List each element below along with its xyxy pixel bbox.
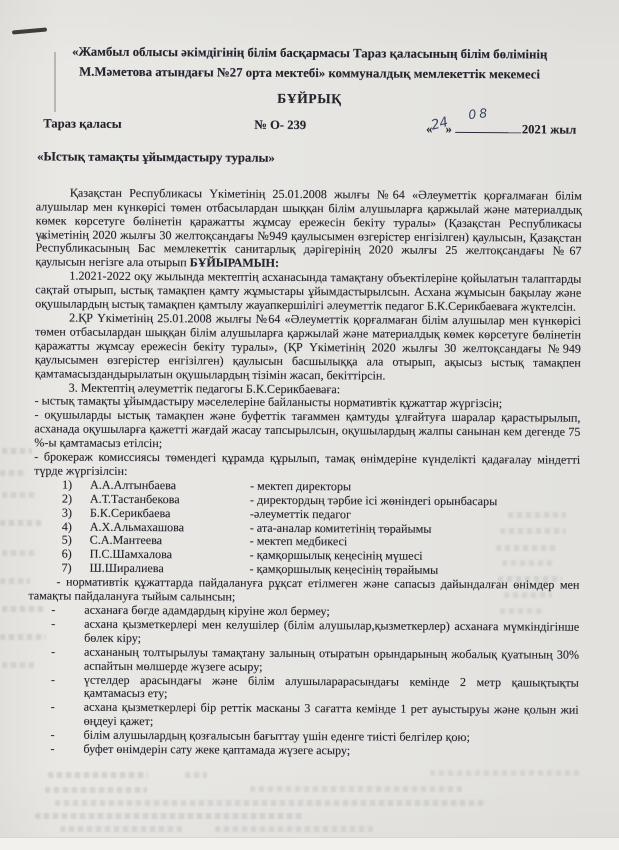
rule-text: асхана қызметкерлері бір реттік масканы … bbox=[84, 701, 579, 732]
organization-name-line1: «Жамбыл облысы әкімдігінің білім басқарм… bbox=[72, 45, 547, 62]
dash-marker: - bbox=[50, 729, 83, 743]
bleedthrough-smudge bbox=[185, 772, 207, 778]
committee-row-number: 1) bbox=[62, 478, 90, 492]
bleedthrough-smudge bbox=[35, 813, 303, 819]
bleedthrough-smudge bbox=[45, 787, 147, 793]
bleedthrough-smudge bbox=[60, 826, 182, 832]
bleedthrough-smudge bbox=[250, 786, 462, 792]
document-body: «Жамбыл облысы әкімдігінің білім басқарм… bbox=[0, 0, 619, 760]
dash-marker: - bbox=[51, 701, 84, 729]
dash-marker: - bbox=[51, 617, 84, 645]
rule-item: - асхана қызметкерлері мен келушілер (бі… bbox=[51, 617, 579, 648]
preamble-text: Қазақстан Республикасы Үкіметінің 25.01.… bbox=[35, 185, 582, 269]
rule-text: буфет өнімдерін сату жеке қаптамада жүзе… bbox=[83, 743, 578, 760]
bleedthrough-smudge bbox=[430, 770, 580, 776]
order-item-2: 2.ҚР Үкіметінің 25.01.2008 жылғы №64 «Әл… bbox=[35, 311, 581, 384]
rule-item: - асхананың толтырылуы тамақтану залының… bbox=[51, 645, 579, 676]
rule-item: - буфет өнімдерін сату жеке қаптамада жү… bbox=[50, 742, 578, 759]
directive-word: БҰЙЫРАМЫН: bbox=[190, 256, 279, 271]
document-meta-row: Тараз қаласы № О- 239 «24»082021 жыл bbox=[36, 117, 582, 136]
dash-marker: - bbox=[51, 673, 84, 701]
dash-marker: - bbox=[50, 742, 83, 756]
organization-name-line2: М.Мәметова атындағы №27 орта мектебі» ко… bbox=[79, 64, 540, 81]
bleedthrough-smudge bbox=[48, 772, 148, 778]
handwritten-month: 08 bbox=[467, 106, 490, 122]
rule-text: асхананың толтырылуы тамақтану залының о… bbox=[84, 645, 579, 676]
committee-row-number: 3) bbox=[62, 506, 90, 520]
dash-marker: - bbox=[51, 603, 84, 617]
dash-marker: - bbox=[51, 645, 84, 673]
issue-city: Тараз қаласы bbox=[43, 117, 121, 131]
committee-row-number: 2) bbox=[62, 492, 90, 506]
bleedthrough-smudge bbox=[55, 800, 487, 806]
scanned-document-page: «Жамбыл облысы әкімдігінің білім басқарм… bbox=[0, 0, 619, 850]
date-blank-line: 08 bbox=[455, 120, 521, 133]
order-item-1: 1.2021-2022 оқу жылында мектептің асхана… bbox=[35, 270, 581, 315]
preamble-paragraph: Қазақстан Республикасы Үкіметінің 25.01.… bbox=[35, 186, 581, 273]
document-title: БҰЙРЫҚ bbox=[36, 90, 582, 107]
scan-bottom-edge bbox=[0, 837, 619, 850]
organization-name: «Жамбыл облысы әкімдігінің білім басқарм… bbox=[36, 42, 582, 84]
issue-date: «24»082021 жыл bbox=[426, 120, 576, 138]
rule-text: үстелдер арасындағы және білім алушылара… bbox=[84, 673, 579, 704]
issue-year: 2021 жыл bbox=[522, 122, 576, 136]
order-subject: «Ыстық тамақты ұйымдастыру туралы» bbox=[37, 150, 582, 167]
bleedthrough-smudge bbox=[215, 826, 373, 832]
order-number: № О- 239 bbox=[254, 119, 306, 133]
committee-list: 1) А.А.Алтынбаева - мектеп директоры 2) … bbox=[61, 478, 580, 579]
rule-text: асхана қызметкерлері мен келушілер (білі… bbox=[84, 618, 579, 649]
task-item: - оқушыларды ыстық тамақпен және буфетті… bbox=[34, 409, 580, 454]
